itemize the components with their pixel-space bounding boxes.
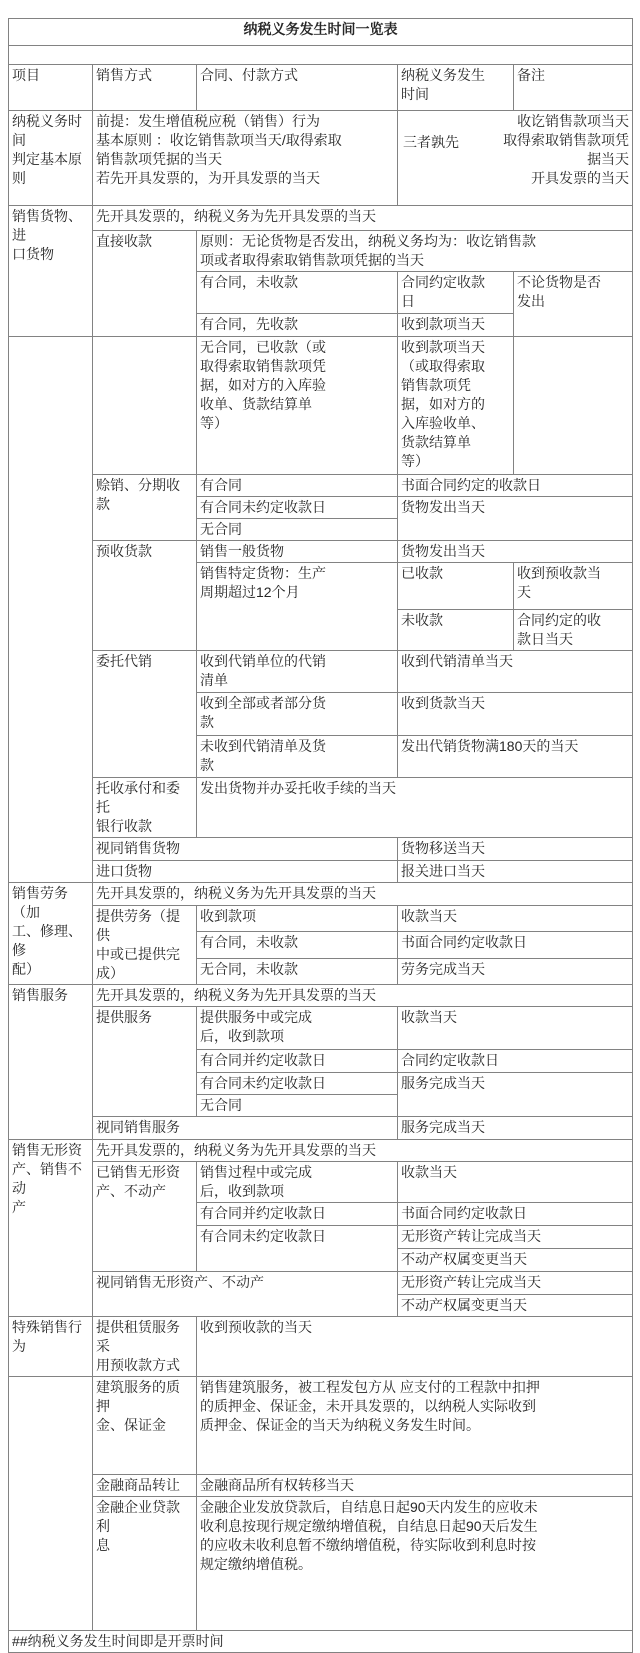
table-cell: 提供服务	[93, 1007, 197, 1117]
table-cell	[514, 337, 633, 475]
table-cell: 合同约定的收 款日当天	[514, 610, 633, 651]
table-row: 赊销、分期收款有合同书面合同约定的收款日	[9, 475, 633, 497]
table-cell: 无合同	[197, 1095, 398, 1117]
table-cell: 收到全部或者部分货 款	[197, 693, 398, 736]
table-cell: 直接收款	[93, 231, 197, 337]
section-label: 销售服务	[9, 985, 93, 1140]
table-cell: 金融企业贷款利 息	[93, 1497, 197, 1631]
table-cell: 有合同，未收款	[197, 272, 398, 314]
table-row	[9, 46, 633, 65]
table-cell: 收到货款当天	[398, 693, 633, 736]
table-cell: 服务完成当天	[398, 1117, 633, 1140]
table-cell: 有合同未约定收款日	[197, 497, 398, 519]
table-cell: 销售特定货物：生产 周期超过12个月	[197, 563, 398, 651]
table-cell: 委托代销	[93, 651, 197, 778]
table-row: 已销售无形资 产、不动产销售过程中或完成 后，收到款项收款当天	[9, 1162, 633, 1203]
table-cell: 不论货物是否 发出	[514, 272, 633, 337]
table-row: 金融商品转让金融商品所有权转移当天	[9, 1475, 633, 1497]
table-cell: 视同销售货物	[93, 838, 398, 861]
table-title: 纳税义务发生时间一览表	[9, 19, 633, 46]
table-cell: 有合同并约定收款日	[197, 1203, 398, 1226]
table-row: 销售劳务（加 工、修理、修 配）先开具发票的，纳税义务为先开具发票的当天	[9, 883, 633, 906]
table-cell: 收到代销清单当天	[398, 651, 633, 693]
table-cell: 劳务完成当天	[398, 959, 633, 985]
table-cell: 服务完成当天	[398, 1073, 633, 1117]
table-cell: 有合同未约定收款日	[197, 1226, 398, 1272]
table-cell	[93, 337, 197, 475]
table-cell: 无形资产转让完成当天	[398, 1226, 633, 1249]
column-header-sale-method: 销售方式	[93, 65, 197, 111]
table-row: 纳税义务发生时间一览表	[9, 19, 633, 46]
table-cell: 未收到代销清单及货 款	[197, 736, 398, 778]
table-row: 销售无形资 产、销售不动 产先开具发票的，纳税义务为先开具发票的当天	[9, 1140, 633, 1162]
table-row: 提供劳务（提供 中或已提供完 成）收到款项收款当天	[9, 906, 633, 932]
table-cell: 前提：发生增值税应税（销售）行为 基本原则 ：收讫销售款项当天/取得索取 销售款…	[93, 111, 398, 206]
priority-lines: 收讫销售款项当天取得索取销售款项凭据当天开具发票的当天	[493, 112, 629, 188]
column-header-item: 项目	[9, 65, 93, 111]
table-row: 无合同，已收款（或 取得索取销售款项凭 据，如对方的入库验 收单、货款结算单 等…	[9, 337, 633, 475]
table-cell: 有合同未约定收款日	[197, 1073, 398, 1095]
column-header-remarks: 备注	[514, 65, 633, 111]
table-cell: 未收款	[398, 610, 514, 651]
priority-label: 三者孰先	[403, 133, 459, 152]
table-cell: 不动产权属变更当天	[398, 1249, 633, 1272]
table-row: 项目销售方式合同、付款方式纳税义务发生 时间备注	[9, 65, 633, 111]
table-cell: 货物移送当天	[398, 838, 633, 861]
priority-line: 开具发票的当天	[493, 169, 629, 188]
table-cell: 无形资产转让完成当天	[398, 1272, 633, 1295]
table-row: ##纳税义务发生时间即是开票时间	[9, 1631, 633, 1653]
table-cell: 书面合同约定的收款日	[398, 475, 633, 497]
table-cell: 不动产权属变更当天	[398, 1295, 633, 1317]
page: { "page": { "title": "纳税义务发生时间一览表", "foo…	[0, 0, 640, 1581]
table-cell: 书面合同约定收款日	[398, 931, 633, 958]
table-row: 预收货款销售一般货物货物发出当天	[9, 541, 633, 563]
table-cell: 先开具发票的，纳税义务为先开具发票的当天	[93, 206, 633, 231]
table-row: 直接收款原则：无论货物是否发出，纳税义务均为：收讫销售款 项或者取得索取销售款项…	[9, 231, 633, 272]
table-cell: 提供劳务（提供 中或已提供完 成）	[93, 906, 197, 985]
table-cell: 报关进口当天	[398, 861, 633, 883]
table-row: 特殊销售行为提供租赁服务采 用预收款方式收到预收款的当天	[9, 1317, 633, 1377]
table-cell: 有合同	[197, 475, 398, 497]
table-row: 纳税义务时间 判定基本原则前提：发生增值税应税（销售）行为 基本原则 ：收讫销售…	[9, 111, 633, 206]
table-cell: 销售过程中或完成 后，收到款项	[197, 1162, 398, 1203]
table-body: 纳税义务发生时间一览表项目销售方式合同、付款方式纳税义务发生 时间备注纳税义务时…	[9, 19, 633, 1653]
table-cell: 收款当天	[398, 1007, 633, 1050]
table-cell: 收到代销单位的代销 清单	[197, 651, 398, 693]
table-cell: 视同销售无形资产、不动产	[93, 1272, 398, 1317]
table-cell: 有合同，先收款	[197, 314, 398, 337]
table-cell: 金融企业发放贷款后，自结息日起90天内发生的应收未 收利息按现行规定缴纳增值税，…	[197, 1497, 633, 1631]
table-cell: 收到预收款当 天	[514, 563, 633, 610]
table-cell: 有合同并约定收款日	[197, 1050, 398, 1073]
table-cell: 收款当天	[398, 1162, 633, 1203]
table-cell: 发出货物并办妥托收手续的当天	[197, 778, 633, 838]
table-cell: 无合同，已收款（或 取得索取销售款项凭 据，如对方的入库验 收单、货款结算单 等…	[197, 337, 398, 475]
section-label	[9, 337, 93, 883]
table-row: 进口货物报关进口当天	[9, 861, 633, 883]
table-cell: 发出代销货物满180天的当天	[398, 736, 633, 778]
table-cell: 赊销、分期收款	[93, 475, 197, 541]
section-label	[9, 1377, 93, 1631]
table-cell: 建筑服务的质押 金、保证金	[93, 1377, 197, 1475]
priority-note-cell: 三者孰先收讫销售款项当天取得索取销售款项凭据当天开具发票的当天	[398, 111, 633, 206]
table-cell: 收到预收款的当天	[197, 1317, 633, 1377]
table-cell: 预收货款	[93, 541, 197, 651]
spacer-cell	[9, 46, 633, 65]
section-label: 特殊销售行为	[9, 1317, 93, 1377]
table-cell: 货物发出当天	[398, 541, 633, 563]
table-cell: 货物发出当天	[398, 497, 633, 541]
section-label: 销售无形资 产、销售不动 产	[9, 1140, 93, 1317]
table-cell: 有合同，未收款	[197, 931, 398, 958]
table-row: 金融企业贷款利 息金融企业发放贷款后，自结息日起90天内发生的应收未 收利息按现…	[9, 1497, 633, 1631]
footnote: ##纳税义务发生时间即是开票时间	[9, 1631, 633, 1653]
table-row: 托收承付和委托 银行收款发出货物并办妥托收手续的当天	[9, 778, 633, 838]
table-cell: 先开具发票的，纳税义务为先开具发票的当天	[93, 985, 633, 1007]
table-cell: 进口货物	[93, 861, 398, 883]
table-cell: 已收款	[398, 563, 514, 610]
tax-obligation-table: 纳税义务发生时间一览表项目销售方式合同、付款方式纳税义务发生 时间备注纳税义务时…	[8, 18, 633, 1653]
table-cell: 提供租赁服务采 用预收款方式	[93, 1317, 197, 1377]
table-cell: 视同销售服务	[93, 1117, 398, 1140]
table-cell: 原则：无论货物是否发出，纳税义务均为：收讫销售款 项或者取得索取销售款项凭据的当…	[197, 231, 633, 272]
table-cell: 无合同	[197, 519, 398, 541]
table-cell: 收到款项	[197, 906, 398, 932]
table-row: 视同销售无形资产、不动产无形资产转让完成当天	[9, 1272, 633, 1295]
table-cell: 收到款项当天 （或取得索取 销售款项凭 据，如对方的 入库验收单、 货款结算单 …	[398, 337, 514, 475]
table-cell: 提供服务中或完成 后，收到款项	[197, 1007, 398, 1050]
table-row: 视同销售服务服务完成当天	[9, 1117, 633, 1140]
table-cell: 无合同，未收款	[197, 959, 398, 985]
table-cell: 合同约定收款日	[398, 1050, 633, 1073]
table-cell: 销售建筑服务，被工程发包方从 应支付的工程款中扣押 的质押金、保证金，未开具发票…	[197, 1377, 633, 1475]
priority-note: 三者孰先收讫销售款项当天取得索取销售款项凭据当天开具发票的当天	[401, 112, 629, 201]
table-cell: 金融商品转让	[93, 1475, 197, 1497]
table-cell: 先开具发票的，纳税义务为先开具发票的当天	[93, 1140, 633, 1162]
table-row: 销售货物、进 口货物先开具发票的，纳税义务为先开具发票的当天	[9, 206, 633, 231]
priority-line: 取得索取销售款项凭据当天	[493, 131, 629, 169]
table-cell: 先开具发票的，纳税义务为先开具发票的当天	[93, 883, 633, 906]
table-cell: 收到款项当天	[398, 314, 514, 337]
section-label: 纳税义务时间 判定基本原则	[9, 111, 93, 206]
table-cell: 销售一般货物	[197, 541, 398, 563]
table-row: 视同销售货物货物移送当天	[9, 838, 633, 861]
table-cell: 已销售无形资 产、不动产	[93, 1162, 197, 1272]
column-header-contract-payment: 合同、付款方式	[197, 65, 398, 111]
table-row: 销售服务先开具发票的，纳税义务为先开具发票的当天	[9, 985, 633, 1007]
table-row: 提供服务提供服务中或完成 后，收到款项收款当天	[9, 1007, 633, 1050]
table-cell: 收款当天	[398, 906, 633, 932]
table-cell: 托收承付和委托 银行收款	[93, 778, 197, 838]
table-row: 建筑服务的质押 金、保证金销售建筑服务，被工程发包方从 应支付的工程款中扣押 的…	[9, 1377, 633, 1475]
section-label: 销售劳务（加 工、修理、修 配）	[9, 883, 93, 985]
priority-line: 收讫销售款项当天	[493, 112, 629, 131]
table-cell: 书面合同约定收款日	[398, 1203, 633, 1226]
column-header-obligation-time: 纳税义务发生 时间	[398, 65, 514, 111]
table-cell: 合同约定收款 日	[398, 272, 514, 314]
table-row: 委托代销收到代销单位的代销 清单收到代销清单当天	[9, 651, 633, 693]
table-cell: 金融商品所有权转移当天	[197, 1475, 633, 1497]
section-label: 销售货物、进 口货物	[9, 206, 93, 337]
